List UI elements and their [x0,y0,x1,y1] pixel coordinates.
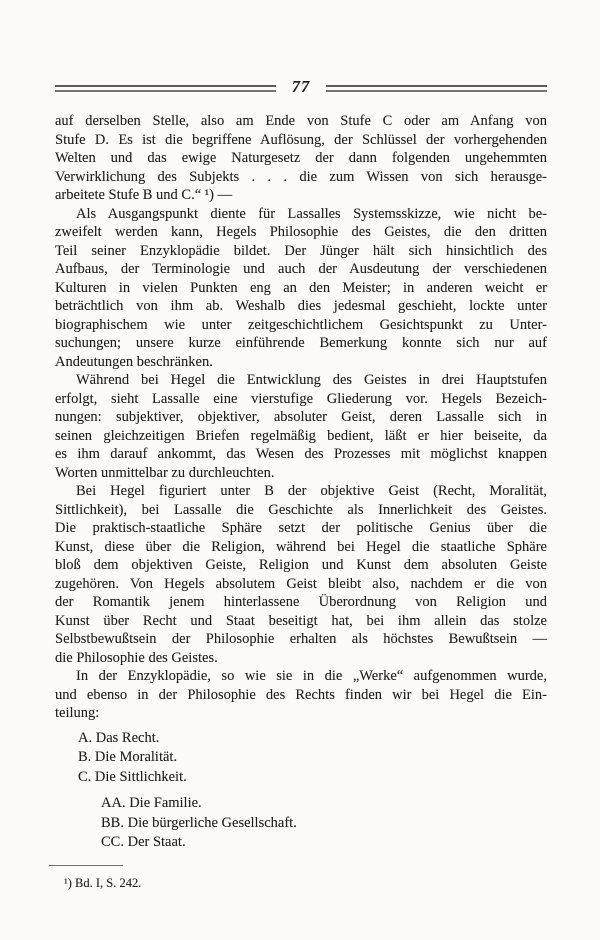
text-column: auf derselben Stelle, also am Ende von S… [55,112,547,891]
footnote-rule [49,865,123,866]
text-line: zweifelt werden kann, Hegels Philosophie… [55,223,547,242]
header-rule-left [55,85,276,92]
text-line: zugehören. Von Hegels absolutem Geist bl… [55,575,547,594]
text-line: Selbstbewußtsein der Philosophie erhalte… [55,630,547,649]
list-item: B. Die Moralität. [55,748,547,768]
text-line: Kunst über Recht und Staat beseitigt hat… [55,612,547,631]
text-line: biographischem wie unter zeitgeschichtli… [55,316,547,335]
text-line: bloß dem objektiven Geiste, Religion und… [55,556,547,575]
text-line: Stufe D. Es ist die begriffene Auflösung… [55,131,547,150]
text-line: arbeitete Stufe B und C.“ ¹) — [55,186,547,205]
text-line: Welten und das ewige Naturgesetz der dan… [55,149,547,168]
text-line: Bei Hegel figuriert unter B der objektiv… [55,482,547,501]
body-text: auf derselben Stelle, also am Ende von S… [55,112,547,723]
footnote: ¹) Bd. I, S. 242. [55,875,547,891]
text-line: Die praktisch-staatliche Sphäre setzt de… [55,519,547,538]
text-line: beträchtlich von ihm ab. Weshalb dies je… [55,297,547,316]
text-line: In der Enzyklopädie, so wie sie in die „… [55,667,547,686]
text-line: und ebenso in der Philosophie des Rechts… [55,686,547,705]
paragraph: auf derselben Stelle, also am Ende von S… [55,112,547,205]
paragraph: Während bei Hegel die Entwicklung des Ge… [55,371,547,482]
text-line: seinen gleichzeitigen Briefen regelmäßig… [55,427,547,446]
text-line: Während bei Hegel die Entwicklung des Ge… [55,371,547,390]
paragraph: Als Ausgangspunkt diente für Lassalles S… [55,205,547,372]
text-line: Kunst, diese über die Religion, während … [55,538,547,557]
paragraph: Bei Hegel figuriert unter B der objektiv… [55,482,547,667]
text-line: Aufbaus, der Terminologie und auch der A… [55,260,547,279]
list-item: BB. Die bürgerliche Gesellschaft. [55,814,547,834]
text-line: Verwirklichung des Subjekts . . . die zu… [55,168,547,187]
text-line: Sittlichkeit), bei Lassalle die Geschich… [55,501,547,520]
text-line: Als Ausgangspunkt diente für Lassalles S… [55,205,547,224]
outline-list-main: A. Das Recht.B. Die Moralität.C. Die Sit… [55,729,547,788]
page-number: 77 [276,79,327,96]
text-line: es ihm darauf ankommt, das Wesen des Pro… [55,445,547,464]
text-line: Worten unmittelbar zu durchleuchten. [55,464,547,483]
text-line: Andeutungen beschränken. [55,353,547,372]
text-line: auf derselben Stelle, also am Ende von S… [55,112,547,131]
outline-list-sub: AA. Die Familie.BB. Die bürgerliche Gese… [55,794,547,853]
text-line: Teil seiner Enzyklopädie bildet. Der Jün… [55,242,547,261]
text-line: suchungen; unsere kurze einführende Beme… [55,334,547,353]
list-item: C. Die Sittlichkeit. [55,768,547,788]
list-item: CC. Der Staat. [55,833,547,853]
running-head: 77 [55,80,547,97]
list-item: AA. Die Familie. [55,794,547,814]
text-line: erfolgt, sieht Lassalle eine vierstufige… [55,390,547,409]
list-item: A. Das Recht. [55,729,547,749]
header-rule-right [326,85,547,92]
text-line: nungen: subjektiver, objektiver, absolut… [55,408,547,427]
text-line: der Romantik jenem hinterlassene Überord… [55,593,547,612]
text-line: teilung: [55,704,547,723]
book-page: 77 auf derselben Stelle, also am Ende vo… [0,0,600,940]
paragraph: In der Enzyklopädie, so wie sie in die „… [55,667,547,723]
text-line: die Philosophie des Geistes. [55,649,547,668]
text-line: Kulturen in vielen Punkten eng an den Me… [55,279,547,298]
